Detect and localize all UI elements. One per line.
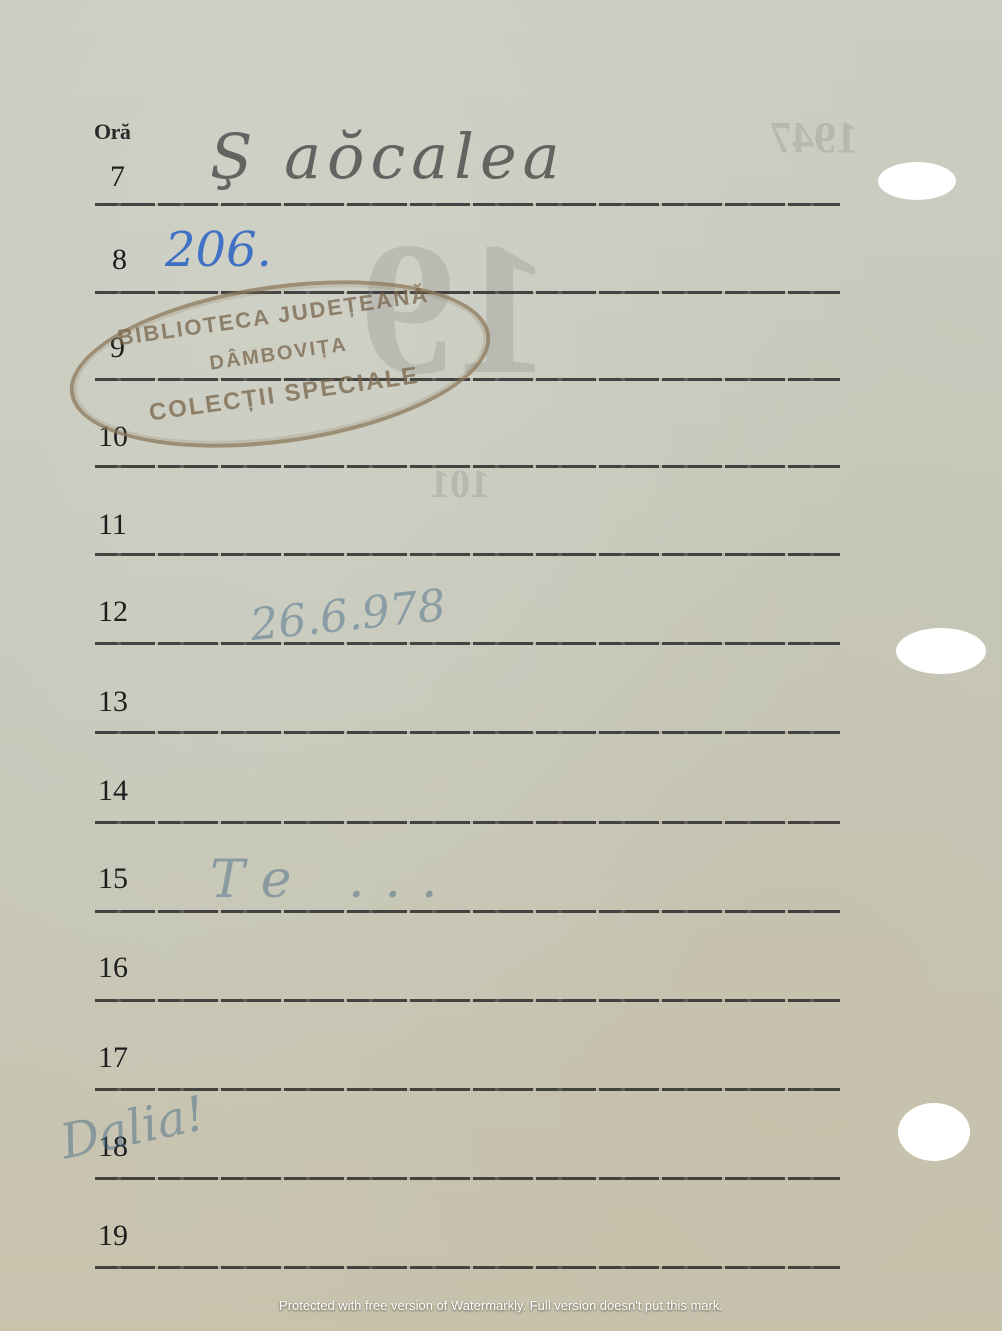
handwriting-blue-number: 206. xyxy=(165,222,272,278)
ruled-line xyxy=(95,731,840,734)
handwriting-pencil-title: Ş aŏcalea xyxy=(210,120,566,193)
ruled-line xyxy=(95,1088,840,1091)
ruled-line xyxy=(95,821,840,824)
hour-label: 11 xyxy=(98,508,148,542)
hour-label: 16 xyxy=(98,951,148,985)
binder-hole-top xyxy=(878,162,956,200)
hour-label: 13 xyxy=(98,685,148,719)
hour-label: 12 xyxy=(98,595,148,629)
handwriting-faint-note: Te ... xyxy=(210,850,458,910)
ruled-line xyxy=(95,1266,840,1269)
binder-hole-bottom xyxy=(898,1103,970,1161)
ruled-line xyxy=(95,642,840,645)
ruled-line xyxy=(95,465,840,468)
showthrough-year: 1947 xyxy=(770,112,858,163)
ruled-line xyxy=(95,203,840,206)
hour-label: 8 xyxy=(112,243,162,277)
hour-label: 14 xyxy=(98,774,148,808)
ruled-line xyxy=(95,999,840,1002)
hour-label: 15 xyxy=(98,862,148,896)
ruled-line xyxy=(95,1177,840,1180)
hour-label: 17 xyxy=(98,1041,148,1075)
ruled-line xyxy=(95,910,840,913)
binder-hole-middle xyxy=(896,628,986,674)
ruled-line xyxy=(95,553,840,556)
watermark-text: Protected with free version of Watermark… xyxy=(0,1298,1002,1313)
hour-label: 7 xyxy=(110,160,160,194)
hour-label: 19 xyxy=(98,1219,148,1253)
hour-column-header: Oră xyxy=(94,119,130,145)
